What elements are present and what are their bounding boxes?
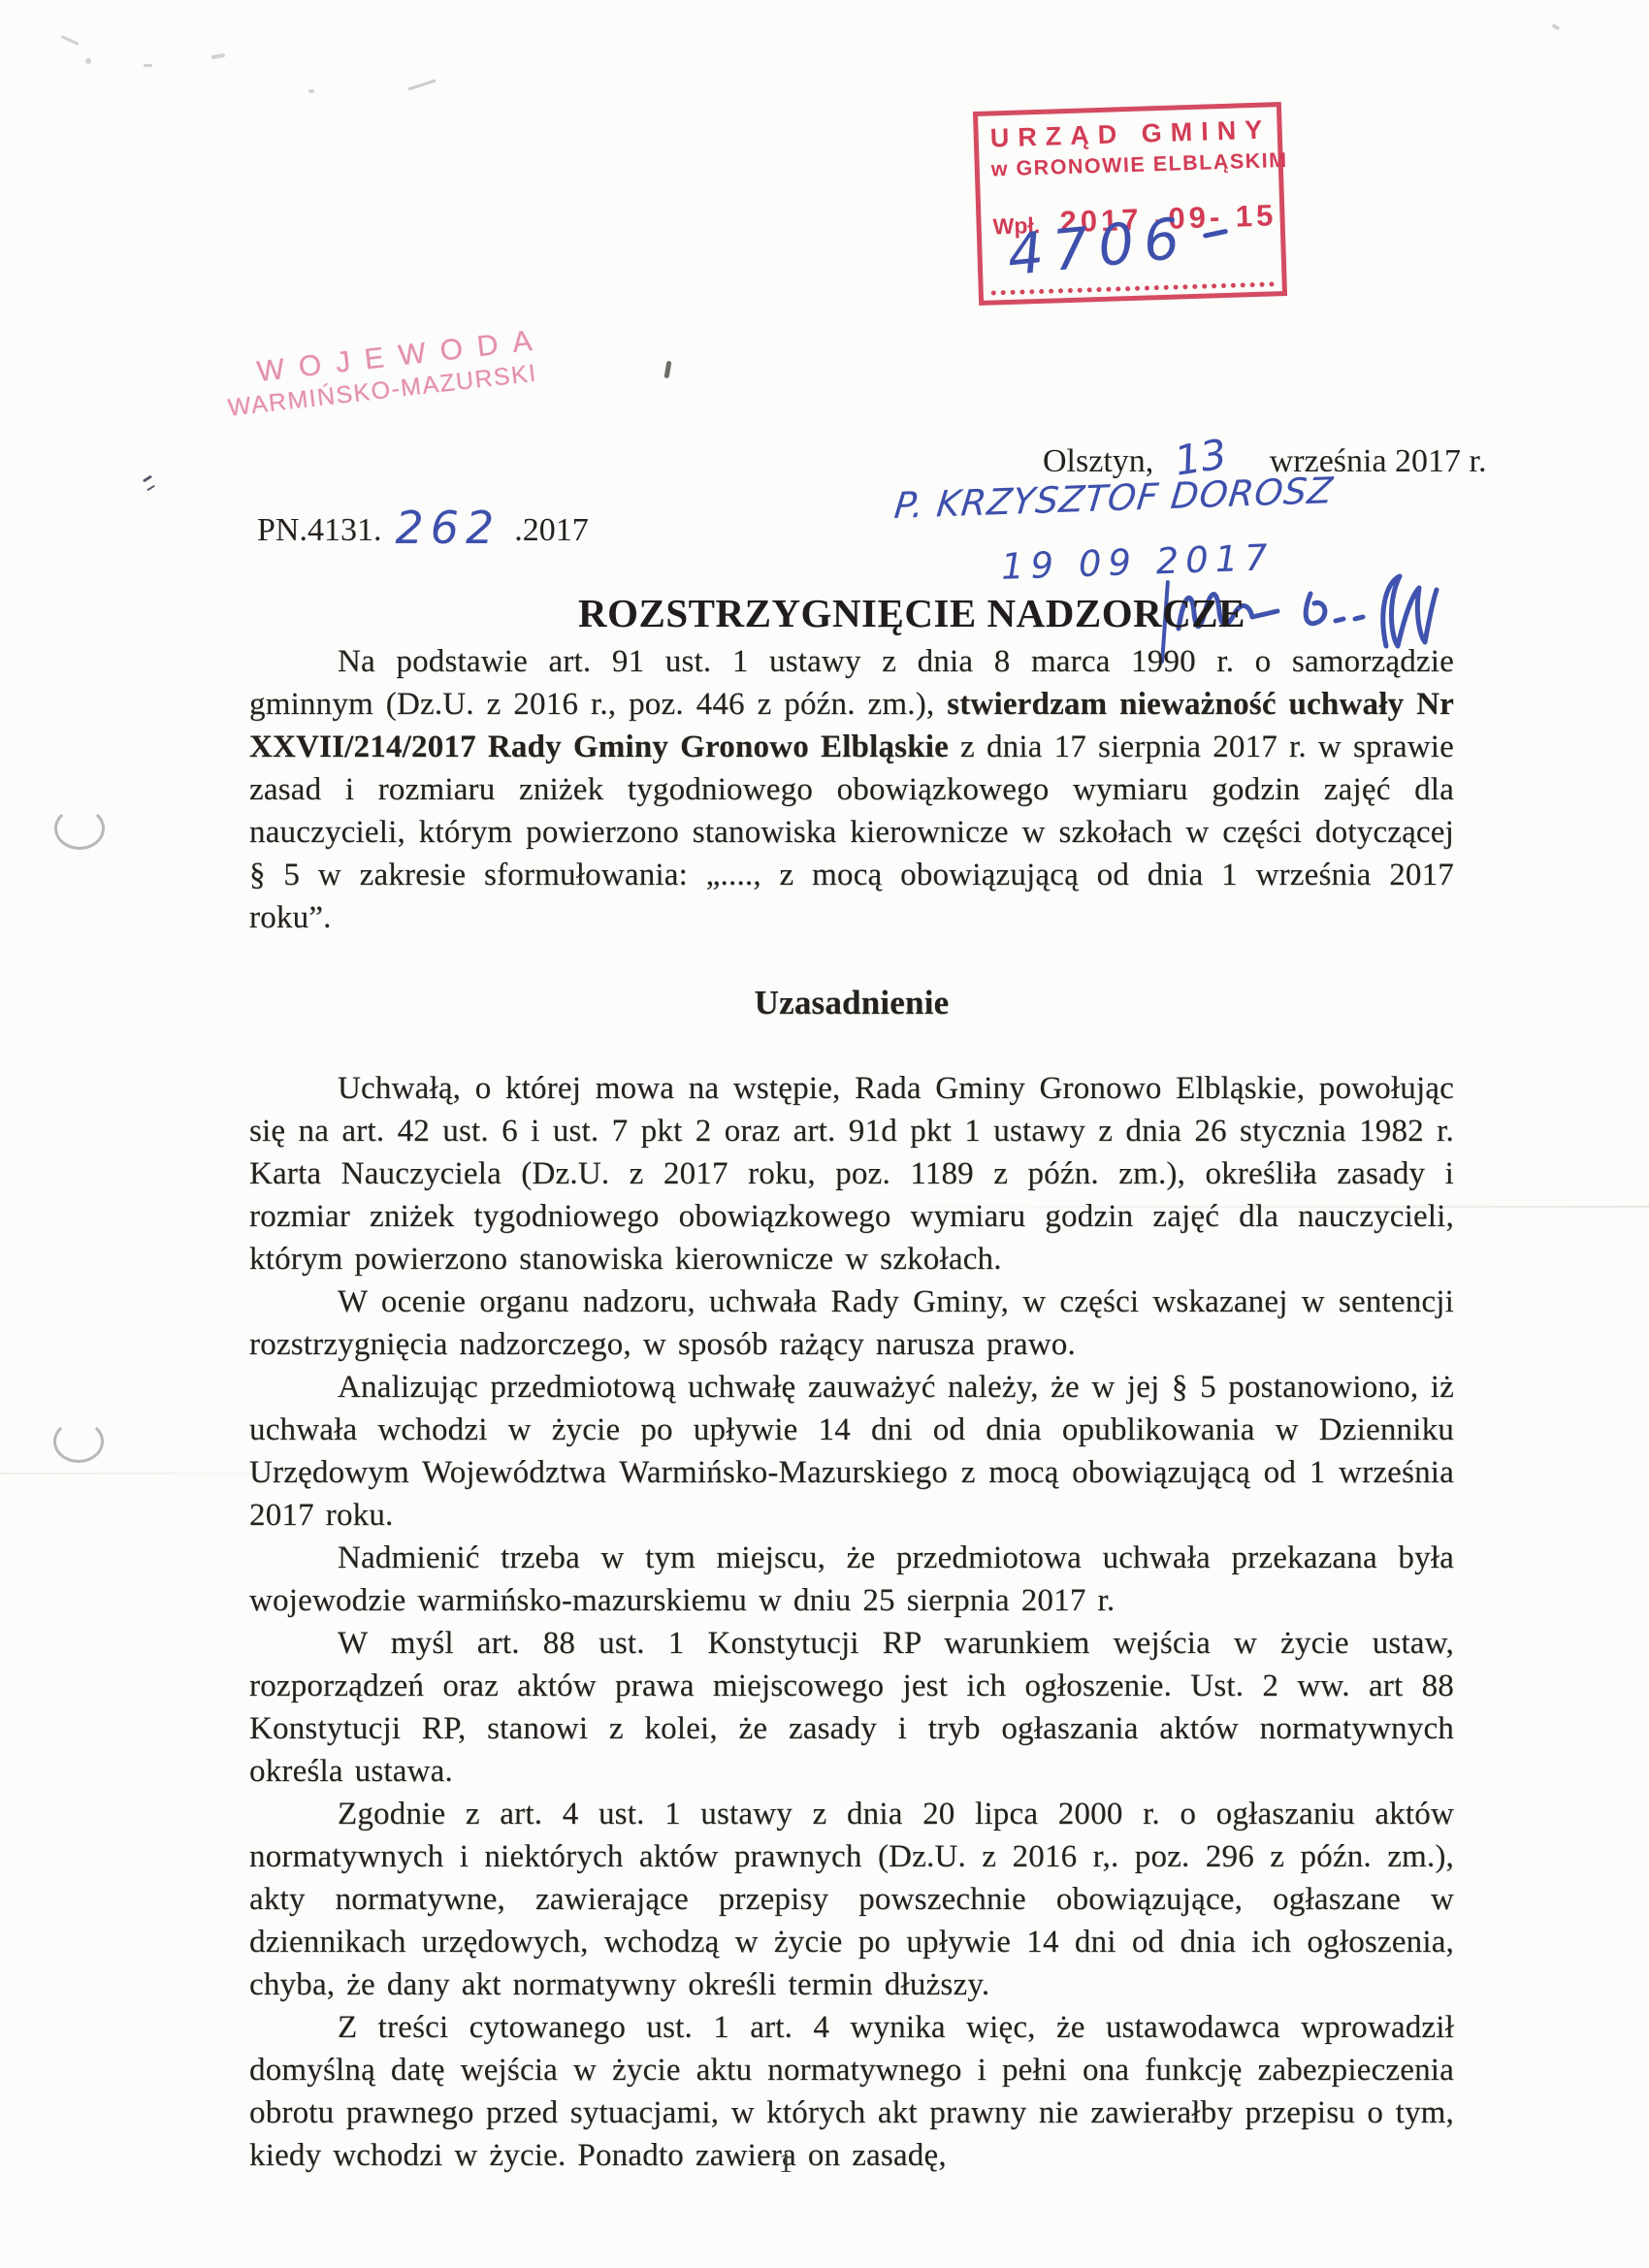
- ref-prefix: PN.4131.: [257, 512, 381, 548]
- justification-paragraph: W myśl art. 88 ust. 1 Konstytucji RP war…: [249, 1622, 1454, 1793]
- justification-paragraph: W ocenie organu nadzoru, uchwała Rady Gm…: [249, 1280, 1454, 1366]
- scan-speck: [144, 64, 152, 67]
- section-heading: Uzasadnienie: [249, 982, 1454, 1024]
- scanned-document-page: URZĄD GMINY w GRONOWIE ELBLĄSKIM Wpł. 20…: [0, 0, 1649, 2268]
- scan-speck: [85, 58, 91, 64]
- hole-punch-mark: [54, 807, 105, 850]
- reference-number: PN.4131.262.2017: [257, 499, 589, 551]
- scan-speck: [308, 89, 314, 93]
- registry-stamp-office: URZĄD GMINY: [989, 114, 1277, 153]
- justification-paragraph: Analizując przedmiotową uchwałę zauważyć…: [249, 1366, 1454, 1537]
- document-title: ROZSTRZYGNIĘCIE NADZORCZE: [578, 590, 1245, 636]
- scan-speck: [60, 35, 79, 46]
- page-number: 1: [0, 2148, 1571, 2180]
- voivode-stamp: WOJEWODA WARMIŃSKO-MAZURSKI: [222, 323, 551, 422]
- place-label: Olsztyn,: [1043, 443, 1153, 479]
- document-body: Na podstawie art. 91 ust. 1 ustawy z dni…: [249, 640, 1454, 2177]
- decision-paragraph: Na podstawie art. 91 ust. 1 ustawy z dni…: [249, 640, 1454, 939]
- stray-ink-mark: [663, 361, 671, 379]
- scan-speck: [211, 53, 225, 59]
- justification-paragraph: Zgodnie z art. 4 ust. 1 ustawy z dnia 20…: [249, 1793, 1454, 2006]
- scan-speck: [407, 79, 436, 90]
- handwritten-ref-number: 262: [395, 502, 501, 554]
- hole-punch-mark: [53, 1420, 104, 1463]
- handwritten-name: P. KRZYSZTOF DOROSZ: [892, 470, 1336, 527]
- stray-ink-mark: [143, 475, 152, 483]
- justification-paragraph: Uchwałą, o której mowa na wstępie, Rada …: [249, 1067, 1454, 1280]
- ref-suffix: .2017: [514, 512, 589, 548]
- justification-paragraph: Nadmienić trzeba w tym miejscu, że przed…: [249, 1537, 1454, 1622]
- registry-stamp-place: w GRONOWIE ELBLĄSKIM: [990, 148, 1278, 181]
- registry-stamp: URZĄD GMINY w GRONOWIE ELBLĄSKIM Wpł. 20…: [973, 102, 1287, 306]
- scan-speck: [1552, 23, 1561, 30]
